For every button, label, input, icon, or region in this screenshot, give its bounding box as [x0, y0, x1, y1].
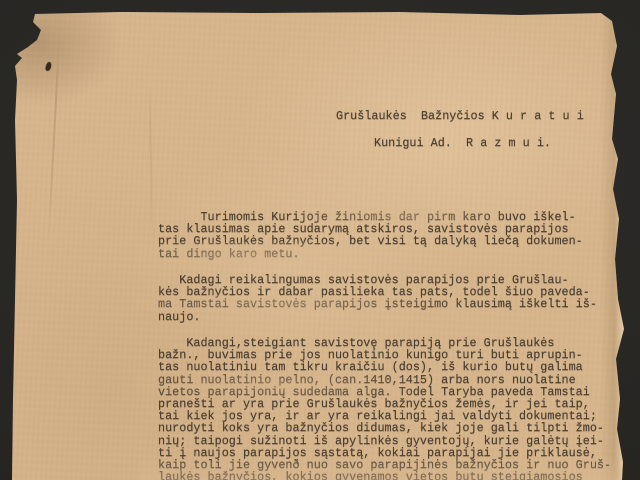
- paper-crease-middle: [149, 85, 154, 245]
- recipient-line-1: Grušlaukės Bažnyčios K u r a t u i: [336, 110, 584, 122]
- ink-speck: [45, 61, 53, 71]
- typed-paragraph-2: Kadagi reikalingumas savistovės parapijo…: [158, 274, 597, 323]
- recipient-line-2: Kunigui Ad. R a z m u i.: [374, 137, 551, 149]
- document-paper: Grušlaukės Bažnyčios K u r a t u i Kunig…: [0, 0, 640, 480]
- typed-paragraph-3: Kadangi,steigiant savistovę parapiją pri…: [158, 337, 611, 480]
- photo-background: Grušlaukės Bažnyčios K u r a t u i Kunig…: [0, 0, 640, 480]
- typed-paragraph-1: Turimomis Kurijoje žiniomis dar pirm kar…: [158, 211, 583, 260]
